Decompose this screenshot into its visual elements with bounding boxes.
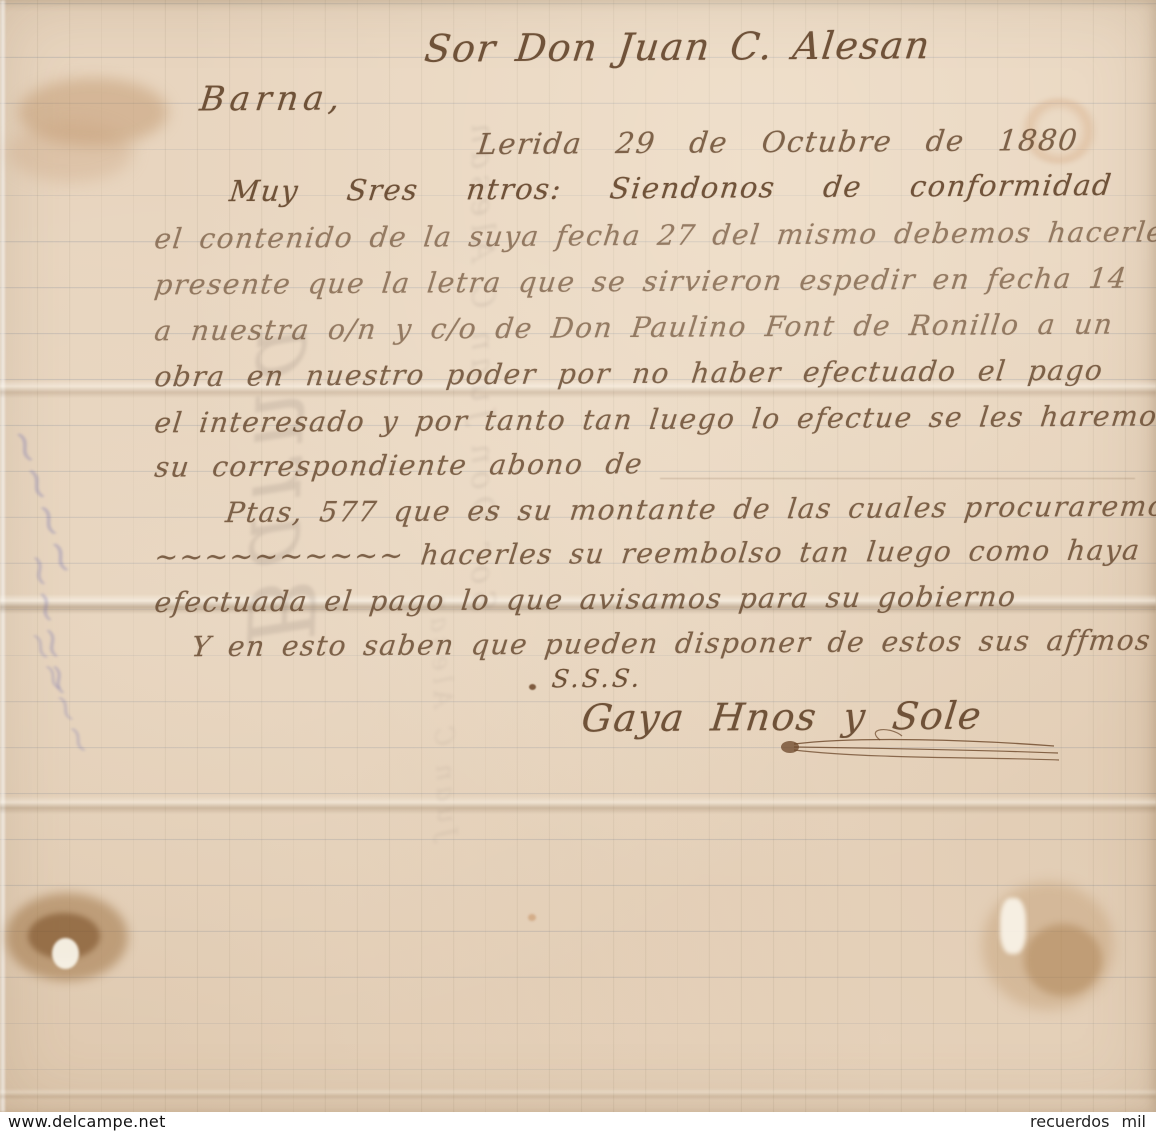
stain-bottom-left bbox=[6, 893, 128, 981]
dateline: Lerida 29 de Octubre de 1880 bbox=[476, 126, 1080, 159]
stain-top-left-smudge bbox=[8, 122, 133, 182]
body-line-8-text: hacerles su reembolso tan luego como hay… bbox=[419, 534, 1143, 572]
stain-bottom-right-core bbox=[1024, 924, 1102, 996]
stain-bottom-right bbox=[982, 882, 1114, 1010]
recipient-line: Sor Don Juan C. Alesan bbox=[423, 26, 910, 67]
body-line-2: presente que la letra que se sirvieron e… bbox=[153, 265, 1129, 300]
fold-crease-bottom bbox=[0, 1088, 1156, 1100]
body-line-8: ~~~~~~~~~~ hacerles su reembolso tan lue… bbox=[153, 537, 1132, 572]
filler-squiggle: ~~~~~~~~~~ bbox=[153, 539, 407, 574]
ink-bleed-scribble-3: ~~~~ bbox=[13, 622, 106, 764]
paper-flake-bottom-right bbox=[1000, 898, 1026, 954]
scan-left-edge bbox=[0, 0, 5, 1112]
stain-top-left bbox=[18, 78, 168, 146]
ink-bleed-scribble-1: ~~~~ bbox=[0, 420, 94, 583]
bleedthrough-address-column-2: Juan C Alesan bbox=[423, 589, 462, 839]
paper-hole-bottom-left bbox=[52, 938, 79, 969]
salutation-line: Muy Sres ntros: Siendonos de conformidad bbox=[228, 171, 1114, 206]
ink-speck bbox=[529, 684, 536, 690]
ink-bleed-scribble-2: ~~~~ bbox=[12, 548, 88, 702]
stain-bottom-left-core bbox=[28, 913, 100, 959]
scanned-letter-image: ~~~~ ~~~~ ~~~~ Barna Sor Don Juan C Ales… bbox=[0, 0, 1156, 1131]
watermark-seller-text: recuerdos mil bbox=[1030, 1112, 1146, 1131]
rust-speck bbox=[528, 914, 536, 921]
body-line-10: Y en esto saben que pueden disponer de e… bbox=[190, 627, 1134, 662]
city-line: Barna, bbox=[198, 81, 347, 116]
fold-crease-lower bbox=[0, 796, 1156, 814]
amount-line: Ptas, 577 que es su montante de las cual… bbox=[224, 493, 1133, 527]
body-line-5: el interesado y por tanto tan luego lo e… bbox=[153, 403, 1142, 438]
watermark-site-text: www.delcampe.net bbox=[8, 1112, 166, 1131]
body-line-1: el contenido de la suya fecha 27 del mis… bbox=[153, 219, 1137, 254]
watermark-strip: www.delcampe.net recuerdos mil bbox=[0, 1112, 1156, 1131]
body-line-3: a nuestra o/n y c/o de Don Paulino Font … bbox=[153, 311, 1115, 346]
pen-rule-after-abono bbox=[660, 478, 1135, 479]
closing-line: S.S.S. bbox=[551, 666, 645, 692]
letter-paper: ~~~~ ~~~~ ~~~~ Barna Sor Don Juan C Ales… bbox=[0, 0, 1156, 1112]
body-line-6: su correspondiente abono de bbox=[153, 450, 645, 481]
body-line-4: obra en nuestro poder por no haber efect… bbox=[153, 357, 1105, 392]
signature-flourish bbox=[770, 726, 1070, 776]
body-line-9: efectuada el pago lo que avisamos para s… bbox=[153, 583, 1009, 617]
